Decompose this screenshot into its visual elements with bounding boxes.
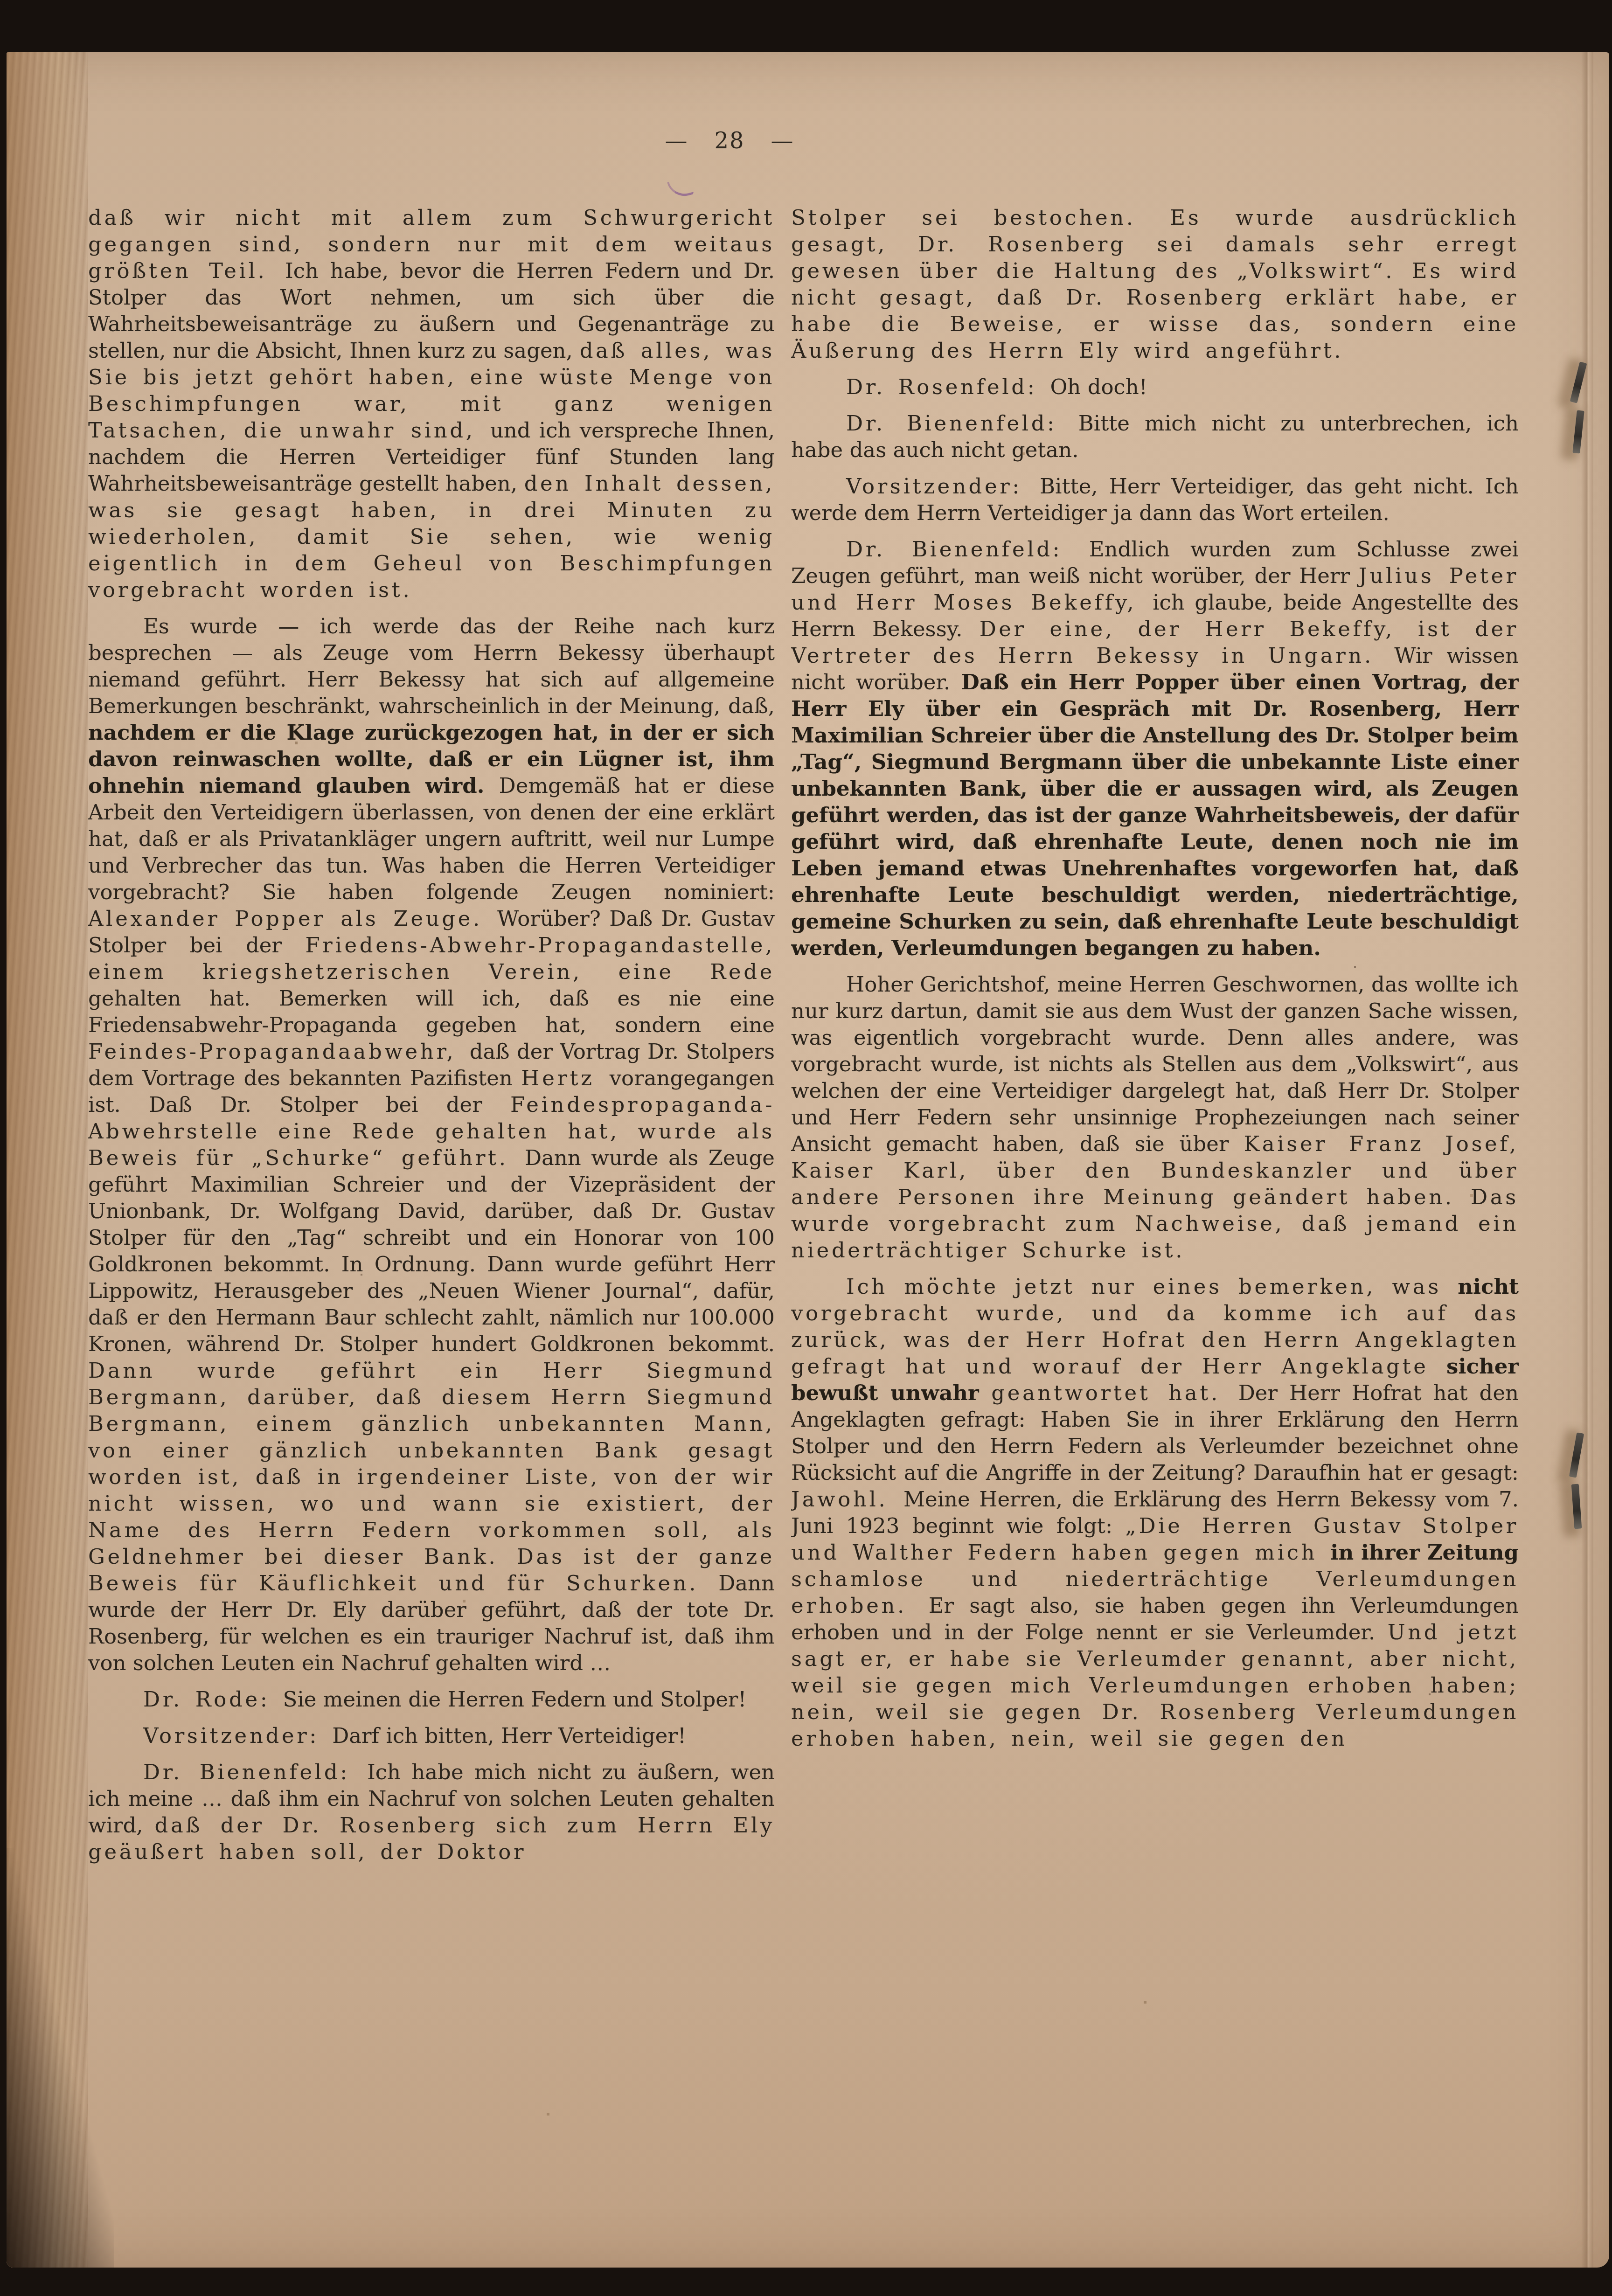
text-segment: Dr. Bienenfeld: bbox=[143, 1760, 367, 1784]
text-segment: vorgebracht wurde, und da komme ich auf … bbox=[791, 1301, 1519, 1379]
text-segment: Stolper sei bestochen. Es wurde ausdrück… bbox=[791, 205, 1519, 363]
text-segment: gehalten hat. Bemerken will ich, daß es … bbox=[88, 986, 775, 1037]
paragraph: Vorsitzender: Bitte, Herr Verteidiger, d… bbox=[791, 473, 1519, 526]
text-segment: Hertz bbox=[521, 1066, 609, 1090]
paragraph: Ich möchte jetzt nur eines bemerken, was… bbox=[791, 1273, 1519, 1752]
paragraph: Hoher Gerichtshof, meine Herren Geschwor… bbox=[791, 971, 1519, 1263]
header-dash-left: — bbox=[665, 128, 688, 154]
text-segment: Dr. Rosenfeld: bbox=[846, 375, 1050, 399]
paragraph: Dr. Rosenfeld: Oh doch! bbox=[791, 374, 1519, 400]
text-segment: Oh doch! bbox=[1050, 375, 1147, 399]
staple bbox=[1567, 1424, 1587, 1536]
text-segment: Dr. Bienenfeld: bbox=[846, 411, 1078, 436]
text-segment: Vorsitzender: bbox=[143, 1723, 332, 1748]
paper-specks bbox=[7, 52, 7, 53]
text-column-left: daß wir nicht mit allem zum Schwurgerich… bbox=[88, 204, 775, 2060]
text-segment: Sie meinen die Herren Federn und Stolper… bbox=[283, 1687, 747, 1712]
text-segment: Dr. Rode: bbox=[143, 1687, 283, 1712]
text-segment: in ihrer Zeitung bbox=[1330, 1540, 1519, 1565]
text-segment: Dann wurde als Zeuge geführt Maximilian … bbox=[88, 1145, 775, 1356]
text-segment: Dr. Bienenfeld: bbox=[846, 537, 1089, 562]
scan-background: { "page": { "number": "28", "left_dash":… bbox=[0, 0, 1612, 2296]
text-segment: Dann wurde geführt ein Herr Siegmund Ber… bbox=[88, 1358, 775, 1595]
text-segment: Alexander Popper als Zeuge. bbox=[88, 906, 497, 931]
page-number: 28 bbox=[714, 128, 744, 154]
header-dash-right: — bbox=[771, 128, 794, 154]
document-page: —28— daß wir nicht mit allem zum Schwurg… bbox=[7, 52, 1609, 2268]
paragraph: Dr. Bienenfeld: Bitte mich nicht zu unte… bbox=[791, 410, 1519, 463]
paragraph: Dr. Bienenfeld: Ich habe mich nicht zu ä… bbox=[88, 1759, 775, 1865]
text-segment: geantwortet hat. bbox=[991, 1380, 1238, 1405]
text-segment: Es wurde — ich werde das der Reihe nach … bbox=[88, 614, 775, 718]
text-segment: Jawohl. bbox=[791, 1487, 903, 1512]
text-segment: nicht bbox=[1458, 1274, 1519, 1299]
paragraph: Stolper sei bestochen. Es wurde ausdrück… bbox=[791, 204, 1519, 364]
pen-mark bbox=[667, 177, 694, 200]
text-segment: Vorsitzender: bbox=[846, 474, 1040, 499]
text-segment: daß der Dr. Rosenberg sich zum Herrn Ely… bbox=[88, 1813, 775, 1864]
staple bbox=[1569, 349, 1589, 456]
text-column-right: Stolper sei bestochen. Es wurde ausdrück… bbox=[791, 204, 1519, 2060]
paragraph: Vorsitzender: Darf ich bitten, Herr Vert… bbox=[88, 1722, 775, 1749]
paragraph: Dr. Bienenfeld: Endlich wurden zum Schlu… bbox=[791, 536, 1519, 961]
text-segment: Darf ich bitten, Herr Verteidiger! bbox=[332, 1723, 686, 1748]
page-header: —28— bbox=[543, 128, 916, 154]
paragraph: Es wurde — ich werde das der Reihe nach … bbox=[88, 613, 775, 1676]
text-segment: Ich möchte jetzt nur eines bemerken, was bbox=[846, 1274, 1458, 1299]
text-segment: Feindes-Propagandaabwehr, bbox=[88, 1039, 470, 1064]
paragraph: daß wir nicht mit allem zum Schwurgerich… bbox=[88, 204, 775, 603]
text-segment: Daß ein Herr Popper über einen Vortrag, … bbox=[791, 670, 1519, 960]
paragraph: Dr. Rode: Sie meinen die Herren Federn u… bbox=[88, 1686, 775, 1713]
text-segment: Hoher Gerichtshof, meine Herren Geschwor… bbox=[791, 972, 1519, 1156]
